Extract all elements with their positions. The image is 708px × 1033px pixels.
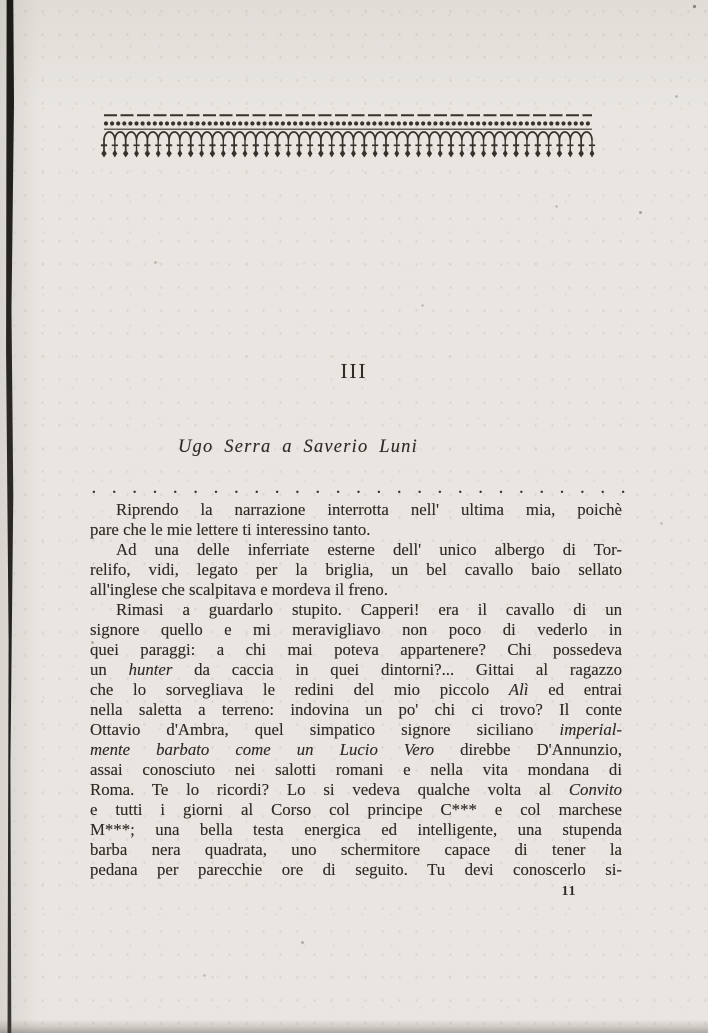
italic-text-segment: mente barbato come un Lucio Vero xyxy=(90,740,434,759)
page-number: 11 xyxy=(548,883,590,899)
italic-text-segment: Convito xyxy=(569,780,622,799)
italic-text-segment: Alì xyxy=(509,680,529,699)
text-line: pedana per parecchie ore di seguito. Tu … xyxy=(90,860,622,880)
text-line: barba nera quadrata, uno schermitore cap… xyxy=(90,840,622,860)
text-line: relifo, vidi, legato per la briglia, un … xyxy=(90,560,622,580)
italic-text-segment: imperial- xyxy=(560,720,622,739)
text-segment: Roma. Te lo ricordi? Lo si vedeva qualch… xyxy=(90,780,569,799)
italic-text-segment: hunter xyxy=(129,660,173,679)
text-line: assai conosciuto nei salotti romani e ne… xyxy=(90,760,622,780)
text-line: all'inglese che scalpitava e mordeva il … xyxy=(90,580,622,600)
scanned-book-page: III Ugo Serra a Saverio Luni . . . . . .… xyxy=(0,0,708,1033)
text-line: che lo sorvegliava le redini del mio pic… xyxy=(90,680,622,700)
text-segment: Ottavio d'Ambra, quel simpatico signore … xyxy=(90,720,560,739)
ornament-border-icon xyxy=(104,113,592,163)
ellipsis-line: . . . . . . . . . . . . . . . . . . . . … xyxy=(92,480,625,498)
text-line: Rimasi a guardarlo stupito. Capperi! era… xyxy=(90,600,622,620)
binding-edge-shadow xyxy=(5,0,14,1033)
page-bottom-shadow xyxy=(0,1019,708,1033)
text-segment: da caccia in quei dintorni?... Gittai al… xyxy=(172,660,622,679)
text-line: nella saletta a terreno: indovina un po'… xyxy=(90,700,622,720)
text-segment: signore quello e mi meravigliavo non poc… xyxy=(90,620,622,639)
text-segment: direbbe D'Annunzio, xyxy=(434,740,622,759)
text-segment: un xyxy=(90,660,129,679)
text-segment: pare che le mie lettere ti interessino t… xyxy=(90,520,371,539)
text-segment: all'inglese che scalpitava e mordeva il … xyxy=(90,580,388,599)
text-line: M***; una bella testa energica ed intell… xyxy=(90,820,622,840)
text-segment: assai conosciuto nei salotti romani e ne… xyxy=(90,760,622,779)
text-segment: nella saletta a terreno: indovina un po'… xyxy=(90,700,622,719)
text-line: quei paraggi: a chi mai poteva appartene… xyxy=(90,640,622,660)
text-line: Riprendo la narrazione interrotta nell' … xyxy=(90,500,622,520)
text-segment: Ad una delle inferriate esterne dell' un… xyxy=(116,540,622,559)
text-segment: M***; una bella testa energica ed intell… xyxy=(90,820,622,839)
text-segment: che lo sorvegliava le redini del mio pic… xyxy=(90,680,509,699)
text-line: mente barbato come un Lucio Vero direbbe… xyxy=(90,740,622,760)
text-line: un hunter da caccia in quei dintorni?...… xyxy=(90,660,622,680)
text-line: Ottavio d'Ambra, quel simpatico signore … xyxy=(90,720,622,740)
text-segment: Riprendo la narrazione interrotta nell' … xyxy=(116,500,622,519)
text-segment: Rimasi a guardarlo stupito. Capperi! era… xyxy=(116,600,622,619)
text-segment: pedana per parecchie ore di seguito. Tu … xyxy=(90,860,622,879)
text-segment: barba nera quadrata, uno schermitore cap… xyxy=(90,840,622,859)
text-segment: e tutti i giorni al Corso col principe C… xyxy=(90,800,622,819)
chapter-number: III xyxy=(0,359,708,384)
text-line: pare che le mie lettere ti interessino t… xyxy=(90,520,622,540)
text-line: signore quello e mi meravigliavo non poc… xyxy=(90,620,622,640)
text-line: Roma. Te lo ricordi? Lo si vedeva qualch… xyxy=(90,780,622,800)
paper-specks xyxy=(0,0,1,1)
text-segment: quei paraggi: a chi mai poteva appartene… xyxy=(90,640,622,659)
letter-heading: Ugo Serra a Saverio Luni xyxy=(178,437,418,458)
body-text: Riprendo la narrazione interrotta nell' … xyxy=(90,500,622,880)
text-segment: relifo, vidi, legato per la briglia, un … xyxy=(90,560,622,579)
text-line: Ad una delle inferriate esterne dell' un… xyxy=(90,540,622,560)
text-segment: ed entrai xyxy=(528,680,622,699)
text-line: e tutti i giorni al Corso col principe C… xyxy=(90,800,622,820)
